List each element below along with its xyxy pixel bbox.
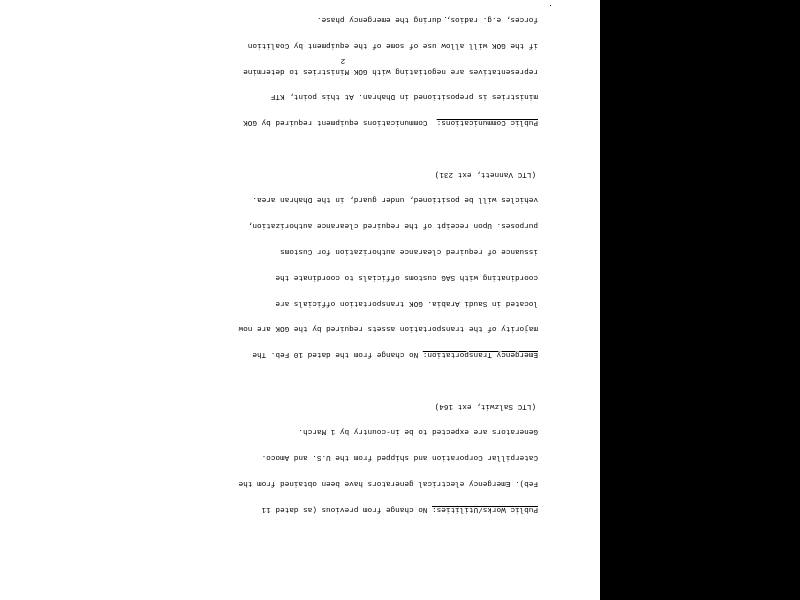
section-line: forces, e.g. radios, during the emergenc… bbox=[148, 14, 538, 23]
section-heading: Public Communications: bbox=[437, 118, 538, 126]
section-line: Feb). Emergency electrical generators ha… bbox=[148, 478, 538, 487]
scanned-document-page: Public Works/Utilities: No change from p… bbox=[0, 0, 600, 600]
black-side-panel bbox=[600, 0, 800, 600]
section-line: issuance of required clearance authoriza… bbox=[148, 246, 538, 255]
section-public-communications: Public Communications: Communications eq… bbox=[148, 0, 538, 143]
section-line: vehicles will be positioned, under guard… bbox=[148, 195, 538, 204]
section-public-works: Public Works/Utilities: No change from p… bbox=[148, 384, 538, 530]
section-line: ministries is prepositioned in Dhahran. … bbox=[148, 92, 538, 101]
section-line: majority of the transportation assets re… bbox=[148, 324, 538, 333]
document-body: Public Works/Utilities: No change from p… bbox=[148, 0, 538, 530]
page-number: 2 bbox=[148, 56, 538, 64]
section-line: No change from the dated 10 Feb. The bbox=[252, 350, 422, 358]
section-line: coordinating with SAG customs officials … bbox=[148, 272, 538, 281]
scan-speck bbox=[550, 5, 551, 6]
contact-line: (LTC Vannett, ext 231) bbox=[148, 169, 536, 178]
section-line: Caterpillar Corporation and shipped from… bbox=[148, 453, 538, 462]
upside-down-text-block: Public Works/Utilities: No change from p… bbox=[148, 0, 538, 600]
section-emergency-transportation: Emergency Transportation: No change from… bbox=[148, 152, 538, 375]
section-line: Communications equipment required by GOK bbox=[243, 118, 437, 126]
section-line: located in Saudi Arabia. GOK transportat… bbox=[148, 298, 538, 307]
section-heading: Emergency Transportation: bbox=[423, 350, 538, 358]
section-heading: Public Works/Utilities: bbox=[432, 505, 538, 513]
section-line: No change from previous (as dated 11 bbox=[262, 505, 432, 513]
section-line: if the GOK will allow use of some of the… bbox=[148, 40, 538, 49]
section-line: purposes. Upon receipt of the required c… bbox=[148, 221, 538, 230]
contact-line: (LTC Salzwit, ext 164) bbox=[148, 401, 536, 410]
section-line: Generators are expected to be in-country… bbox=[148, 427, 538, 436]
section-line: representatives are negotiating with GOK… bbox=[148, 66, 538, 75]
